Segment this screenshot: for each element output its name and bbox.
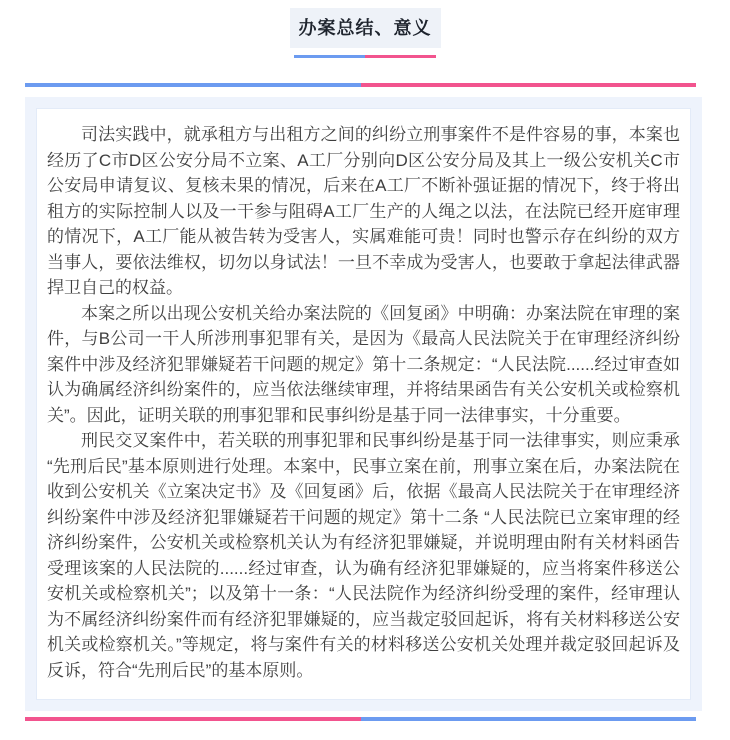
paragraph-judicial-practice: 司法实践中，就承租方与出租方之间的纠纷立刑事案件不是件容易的事，本案也经历了C市… [47, 122, 680, 301]
article-page: { "header": { "title": "办案总结、意义" }, "art… [0, 0, 730, 740]
title-underline-pink-segment [365, 55, 436, 58]
article-header: 办案总结、意义 [0, 0, 730, 58]
title-underline-accent [294, 55, 436, 58]
top-divider [25, 83, 696, 87]
bottom-divider [25, 717, 696, 721]
top-divider-blue-segment [25, 83, 361, 87]
paragraph-criminal-civil-cross: 刑民交叉案件中，若关联的刑事犯罪和民事纠纷是基于同一法律事实，则应秉承“先刑后民… [47, 428, 680, 683]
content-card-inner: 司法实践中，就承租方与出租方之间的纠纷立刑事案件不是件容易的事，本案也经历了C市… [36, 108, 691, 700]
paragraph-reply-letter: 本案之所以出现公安机关给办案法院的《回复函》中明确：办案法院在审理的案件，与B公… [47, 301, 680, 429]
bottom-divider-blue-segment [361, 717, 697, 721]
bottom-whitespace [0, 721, 730, 736]
bottom-divider-pink-segment [25, 717, 361, 721]
top-divider-pink-segment [361, 83, 697, 87]
content-card: 司法实践中，就承租方与出租方之间的纠纷立刑事案件不是件容易的事，本案也经历了C市… [25, 97, 702, 711]
title-underline-blue-segment [294, 55, 365, 58]
page-title: 办案总结、意义 [290, 8, 441, 48]
